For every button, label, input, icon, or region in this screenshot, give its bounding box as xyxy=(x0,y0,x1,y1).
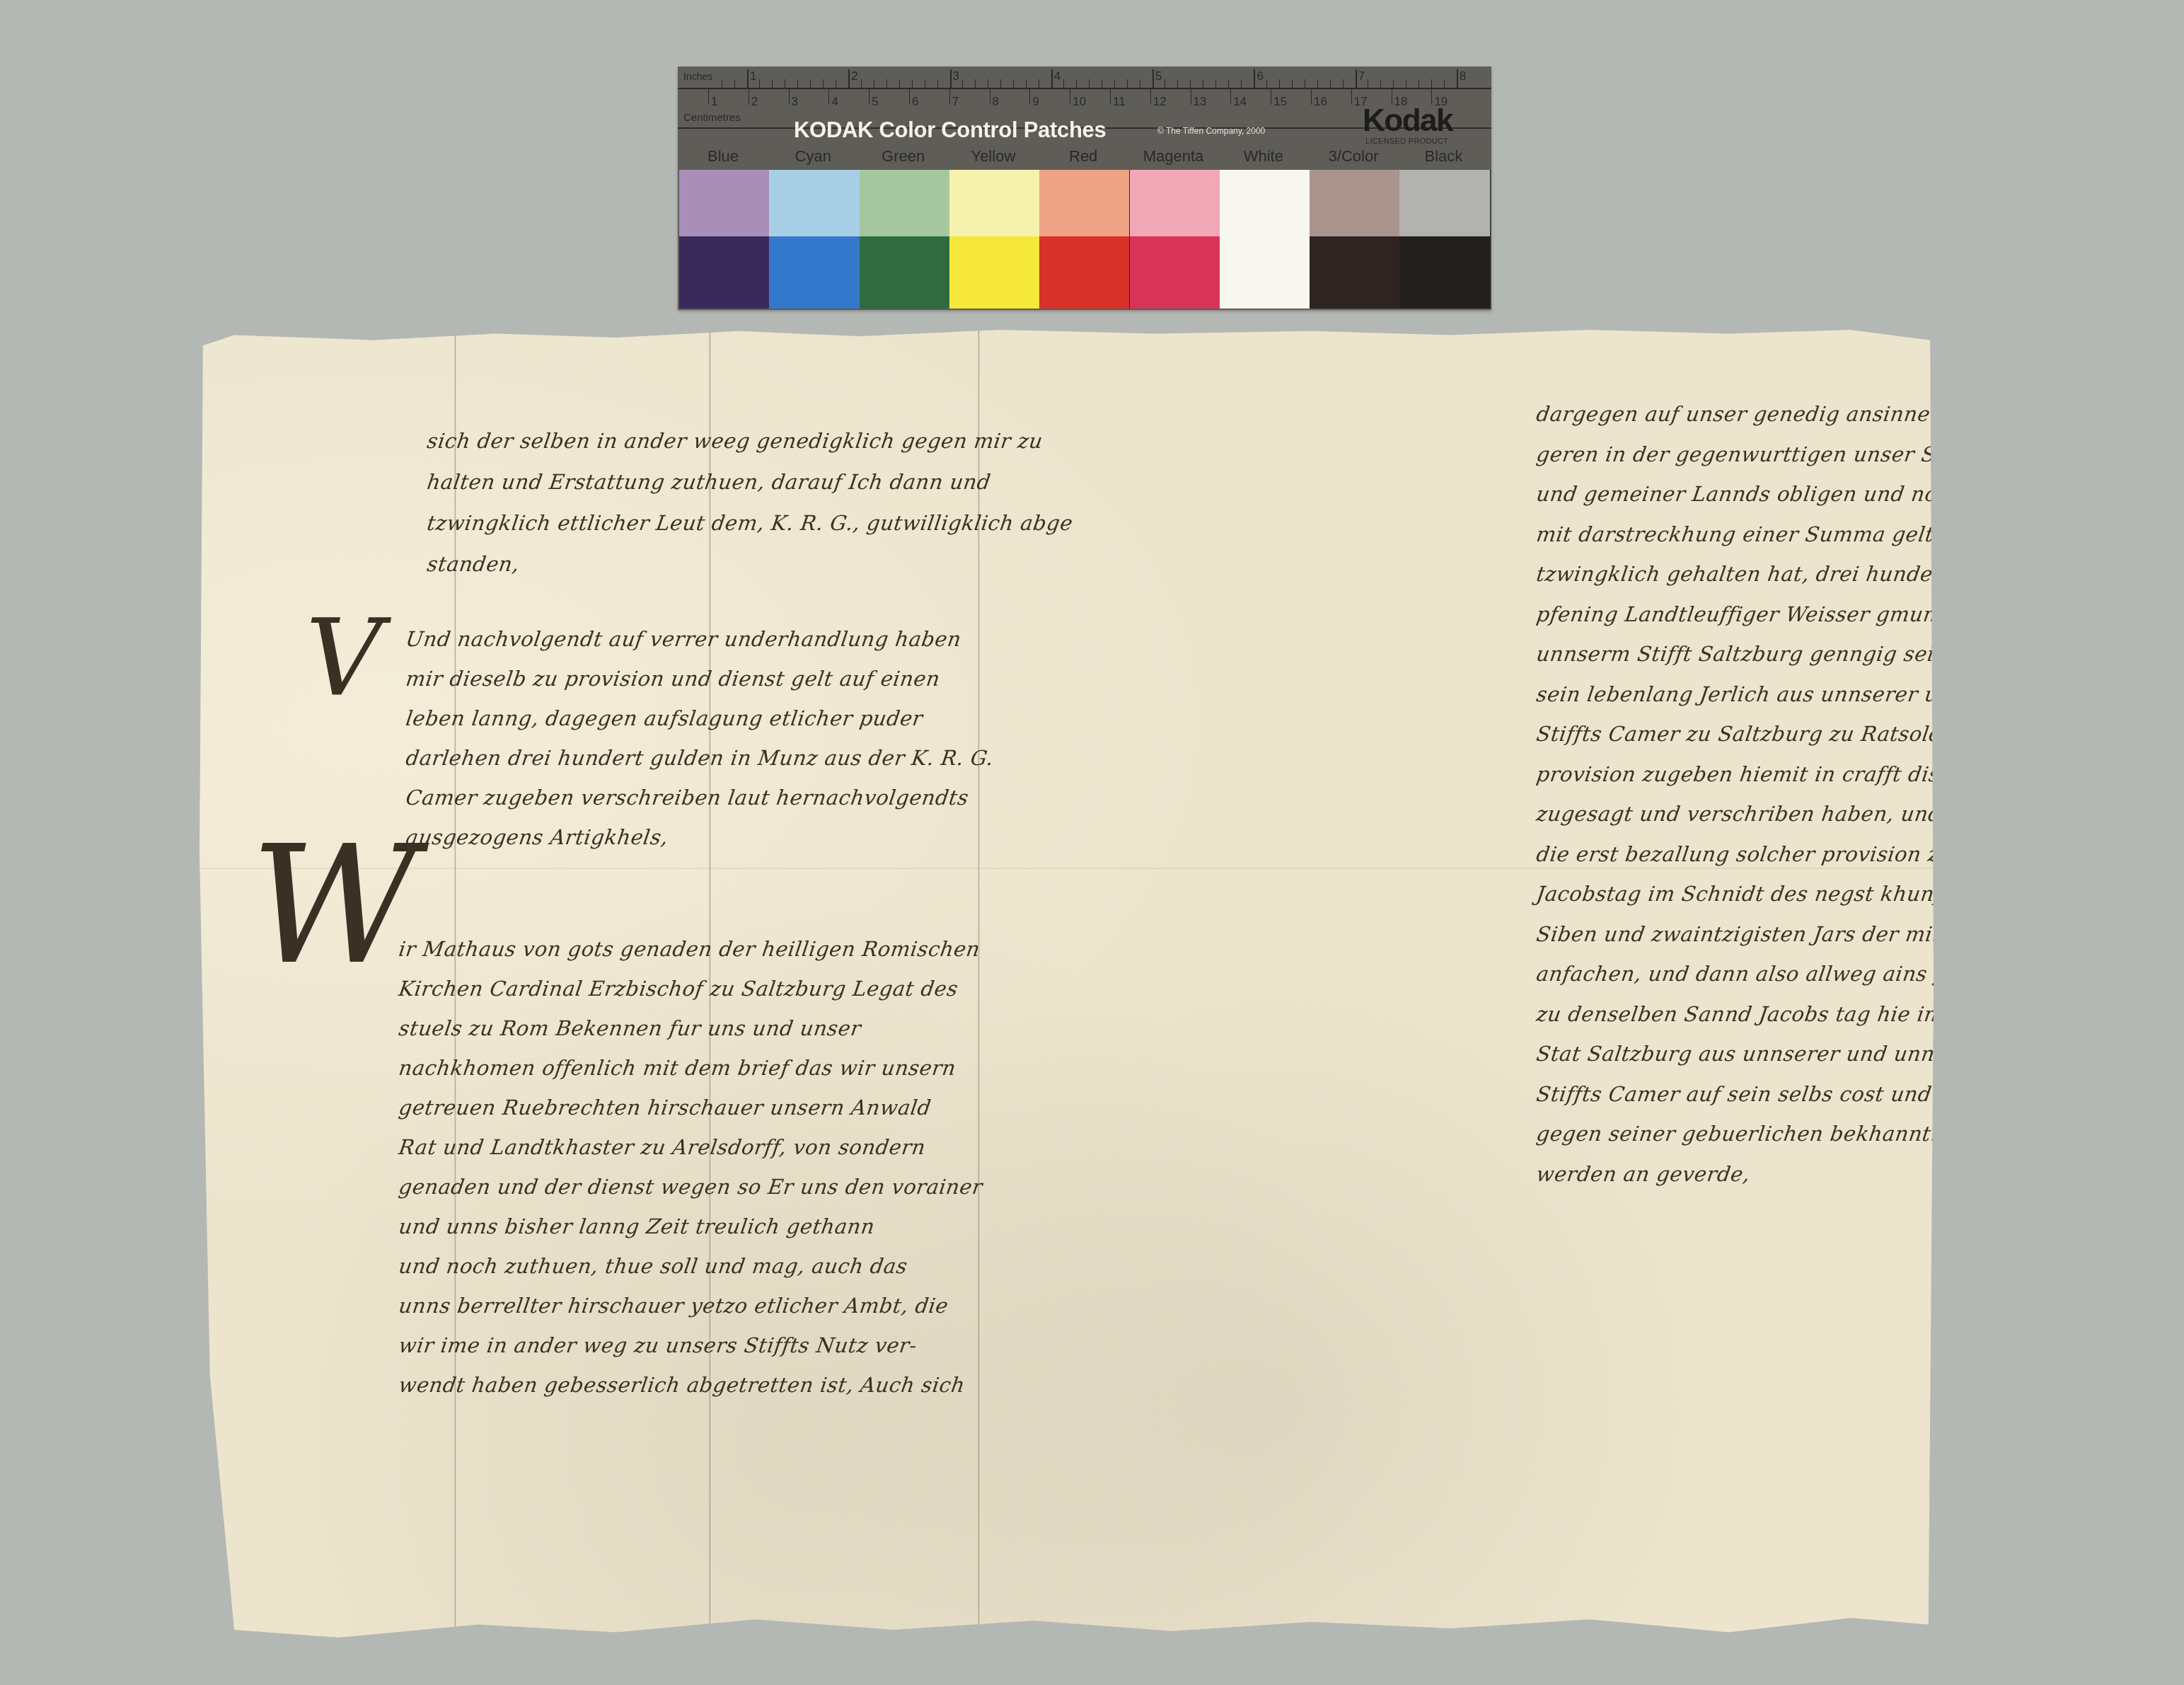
handwritten-line: und noch zuthuen, thue soll und mag, auc… xyxy=(398,1254,909,1278)
historic-document: sich der selben in ander weeg genedigkli… xyxy=(200,330,1937,1638)
inch-minor-tick xyxy=(1228,79,1229,88)
patch-swatch-dark xyxy=(679,236,770,309)
inch-tick xyxy=(1152,69,1154,88)
patch-label-green: Green xyxy=(861,147,946,166)
patch-swatch-dark xyxy=(860,236,950,309)
inch-minor-tick xyxy=(1279,79,1280,88)
cm-tick xyxy=(749,89,749,105)
patch-swatch-light xyxy=(1399,170,1490,236)
inch-minor-tick xyxy=(759,79,760,88)
cm-number: 15 xyxy=(1273,95,1287,109)
cm-tick xyxy=(1150,89,1151,105)
handwritten-line: stuels zu Rom Bekennen fur uns und unser xyxy=(398,1016,863,1040)
inch-minor-tick xyxy=(962,79,963,88)
patch-3-color xyxy=(1310,170,1399,309)
patch-swatch-dark xyxy=(1130,236,1220,309)
inch-tick xyxy=(1457,69,1458,88)
inch-minor-tick xyxy=(1406,79,1406,88)
inch-minor-tick xyxy=(722,79,722,88)
inch-minor-tick xyxy=(1330,79,1331,88)
handwritten-line: werden an geverde, xyxy=(1535,1162,1752,1186)
handwritten-line: zugesagt und verschriben haben, und soll… xyxy=(1535,802,2060,826)
handwritten-line: provision zugeben hiemit in crafft diss … xyxy=(1535,762,2021,786)
right-page: dargegen auf unser genedig ansinnen und … xyxy=(1070,330,1937,1638)
inch-minor-tick xyxy=(785,79,785,88)
inch-number: 4 xyxy=(1054,69,1061,84)
patch-label-black: Black xyxy=(1401,147,1486,166)
handwritten-line: sein lebenlang Jerlich aus unnserer und … xyxy=(1535,682,2059,706)
handwritten-line: unnserm Stifft Saltzburg genngig sein, xyxy=(1535,642,1957,666)
inch-number: 8 xyxy=(1460,69,1466,84)
inch-minor-tick xyxy=(1317,79,1318,88)
inch-minor-tick xyxy=(1039,79,1039,88)
handwritten-line: Stiffts Camer auf sein selbs cost und sc… xyxy=(1535,1082,2029,1106)
cm-tick xyxy=(1351,89,1352,105)
patch-black xyxy=(1399,170,1489,309)
cm-number: 9 xyxy=(1032,95,1039,109)
color-patches xyxy=(679,170,1490,309)
handwritten-line: tzwingklich gehalten hat, drei hundert p… xyxy=(1535,562,2028,586)
inch-minor-tick xyxy=(1063,79,1064,88)
inch-minor-tick xyxy=(1177,79,1178,88)
inch-minor-tick xyxy=(1380,79,1381,88)
inch-minor-tick xyxy=(836,79,836,88)
patch-label-magenta: Magenta xyxy=(1131,147,1216,166)
patch-swatch-light xyxy=(1310,170,1400,236)
inch-number: 3 xyxy=(953,69,959,84)
inch-minor-tick xyxy=(1127,79,1128,88)
patch-label-cyan: Cyan xyxy=(770,147,855,166)
handwritten-line: getreuen Ruebrechten hirschauer unsern A… xyxy=(398,1095,933,1120)
patch-swatch-dark xyxy=(949,236,1040,309)
patch-swatch-light xyxy=(860,170,950,236)
inch-minor-tick xyxy=(1431,79,1432,88)
kodak-color-control-strip: Inches Centimetres 12345678 123456789101… xyxy=(678,67,1491,310)
inch-minor-tick xyxy=(912,79,913,88)
inch-minor-tick xyxy=(1215,79,1216,88)
cm-tick xyxy=(869,89,869,105)
inch-minor-tick xyxy=(1026,79,1027,88)
handwritten-line: Jacobstag im Schnidt des negst khunfftig… xyxy=(1535,882,2007,906)
cm-number: 6 xyxy=(912,95,918,109)
cm-number: 5 xyxy=(872,95,878,109)
inch-tick xyxy=(950,69,952,88)
cm-tick xyxy=(1110,89,1111,105)
cm-tick xyxy=(708,89,709,105)
patch-label-blue: Blue xyxy=(681,147,765,166)
inch-minor-tick xyxy=(1368,79,1368,88)
handwritten-line: darlehen drei hundert gulden in Munz aus… xyxy=(405,746,995,770)
inch-minor-tick xyxy=(1292,79,1293,88)
cm-tick xyxy=(1070,89,1070,105)
handwritten-line: und unns bisher lanng Zeit treulich geth… xyxy=(398,1214,877,1238)
handwritten-line: Rat und Landtkhaster zu Arelsdorff, von … xyxy=(398,1135,928,1159)
inch-minor-tick xyxy=(1266,79,1267,88)
cm-number: 1 xyxy=(711,95,717,109)
cm-number: 4 xyxy=(831,95,838,109)
handwritten-line: sich der selben in ander weeg genedigkli… xyxy=(426,429,1045,453)
inch-minor-tick xyxy=(1013,79,1014,88)
cm-number: 7 xyxy=(952,95,959,109)
cm-tick xyxy=(990,89,990,105)
decorative-initial-w: W xyxy=(250,825,417,988)
patch-swatch-light xyxy=(769,170,860,236)
handwritten-line: zu denselben Sannd Jacobs tag hie in uns… xyxy=(1535,1002,2007,1026)
kodak-logo: Kodak xyxy=(1363,103,1452,139)
inch-number: 1 xyxy=(750,69,756,84)
patch-swatch-dark xyxy=(1039,236,1130,309)
inches-label: Inches xyxy=(683,71,712,82)
inch-tick xyxy=(1051,69,1053,88)
inch-minor-tick xyxy=(1305,79,1305,88)
inch-minor-tick xyxy=(1102,79,1102,88)
handwritten-line: mir dieselb zu provision und dienst gelt… xyxy=(405,667,942,691)
cm-tick xyxy=(949,89,950,105)
cm-tick xyxy=(1431,89,1432,105)
handwritten-line: unns berrellter hirschauer yetzo etliche… xyxy=(398,1294,950,1318)
cm-tick xyxy=(909,89,910,105)
patch-red xyxy=(1039,170,1129,309)
centimetres-label: Centimetres xyxy=(683,112,741,124)
cm-tick xyxy=(1392,89,1392,105)
handwritten-line: wir ime in ander weg zu unsers Stiffts N… xyxy=(398,1333,919,1357)
inch-tick xyxy=(1254,69,1255,88)
handwritten-line: anfachen, und dann also allweg ains yede… xyxy=(1535,962,2049,986)
inch-minor-tick xyxy=(925,79,925,88)
patch-swatch-light xyxy=(1039,170,1130,236)
inch-minor-tick xyxy=(1000,79,1001,88)
handwritten-line: halten und Erstattung zuthuen, darauf Ic… xyxy=(426,470,993,494)
decorative-initial-v: V xyxy=(306,606,382,712)
patch-label-white: White xyxy=(1221,147,1306,166)
cm-tick xyxy=(828,89,829,105)
strip-title: KODAK Color Control Patches xyxy=(794,117,1106,143)
inch-number: 2 xyxy=(851,69,857,84)
inch-number: 7 xyxy=(1358,69,1365,84)
inch-minor-tick xyxy=(861,79,862,88)
patch-labels: BlueCyanGreenYellowRedMagentaWhite3/Colo… xyxy=(678,147,1491,168)
patch-magenta xyxy=(1130,170,1220,309)
patch-yellow xyxy=(949,170,1039,309)
patch-swatch xyxy=(1220,170,1310,309)
patch-swatch-light xyxy=(1130,170,1220,236)
patch-swatch-light xyxy=(679,170,770,236)
patch-swatch-dark xyxy=(1310,236,1400,309)
strip-copyright: © The Tiffen Company, 2000 xyxy=(1157,126,1265,136)
inch-minor-tick xyxy=(823,79,824,88)
handwritten-line: mit darstreckhung einer Summa gelts unde… xyxy=(1535,522,2024,546)
cm-number: 13 xyxy=(1194,95,1207,109)
inch-minor-tick xyxy=(886,79,887,88)
inch-minor-tick xyxy=(988,79,988,88)
inch-minor-tick xyxy=(1444,79,1445,88)
handwritten-line: tzwingklich ettlicher Leut dem, K. R. G.… xyxy=(426,511,1075,535)
inch-number: 5 xyxy=(1155,69,1162,84)
cm-number: 3 xyxy=(792,95,798,109)
cm-tick xyxy=(1191,89,1191,105)
inch-minor-tick xyxy=(874,79,874,88)
inch-tick xyxy=(848,69,850,88)
handwritten-line: Kirchen Cardinal Erzbischof zu Saltzburg… xyxy=(398,977,960,1001)
inch-tick xyxy=(1356,69,1357,88)
patch-label-3-color: 3/Color xyxy=(1311,147,1396,166)
inch-minor-tick xyxy=(1165,79,1165,88)
inch-minor-tick xyxy=(1419,79,1419,88)
inch-number: 6 xyxy=(1256,69,1263,84)
inch-minor-tick xyxy=(772,79,773,88)
inch-minor-tick xyxy=(937,79,938,88)
inch-scale-line xyxy=(678,88,1491,89)
cm-tick xyxy=(1230,89,1231,105)
inch-minor-tick xyxy=(1241,79,1242,88)
handwritten-line: und gemeiner Lannds obligen und notten xyxy=(1535,482,1983,506)
cm-tick xyxy=(1029,89,1030,105)
handwritten-line: gegen seiner gebuerlichen bekhanntnus au… xyxy=(1535,1122,2092,1146)
handwritten-line: Und nachvolgendt auf verrer underhandlun… xyxy=(405,627,963,651)
left-page: sich der selben in ander weeg genedigkli… xyxy=(200,330,1070,1638)
handwritten-line: Camer zugeben verschreiben laut hernachv… xyxy=(405,786,971,810)
handwritten-line: leben lanng, dagegen aufslagung etlicher… xyxy=(405,706,925,730)
cm-number: 16 xyxy=(1314,95,1327,109)
handwritten-line: Siben und zwaintzigisten Jars der minder… xyxy=(1535,922,2042,946)
patch-swatch-dark xyxy=(769,236,860,309)
inch-minor-tick xyxy=(797,79,798,88)
patch-label-yellow: Yellow xyxy=(951,147,1036,166)
inch-minor-tick xyxy=(1203,79,1203,88)
handwritten-line: nachkhomen offenlich mit dem brief das w… xyxy=(398,1056,958,1080)
patch-white xyxy=(1220,170,1310,309)
inch-minor-tick xyxy=(1190,79,1191,88)
handwritten-line: dargegen auf unser genedig ansinnen und … xyxy=(1535,402,2033,426)
cm-number: 10 xyxy=(1073,95,1086,109)
cm-tick xyxy=(1311,89,1312,105)
cm-tick xyxy=(789,89,790,105)
cm-tick xyxy=(1271,89,1271,105)
handwritten-line: genaden und der dienst wegen so Er uns d… xyxy=(398,1175,984,1199)
handwritten-line: Stat Saltzburg aus unnserer und unnsers xyxy=(1535,1042,1981,1066)
patch-swatch-dark xyxy=(1399,236,1490,309)
handwritten-line: standen, xyxy=(426,552,521,576)
patch-green xyxy=(860,170,949,309)
inch-minor-tick xyxy=(1076,79,1077,88)
inch-minor-tick xyxy=(1393,79,1394,88)
handwritten-line: geren in der gegenwurttigen unser Stifft… xyxy=(1535,442,1989,466)
licensed-product-text: LICENSED PRODUCT xyxy=(1365,137,1448,146)
handwritten-line: pfening Landtleuffiger Weisser gmunz in xyxy=(1535,602,1977,626)
handwritten-line: ausgezogens Artigkhels, xyxy=(405,825,670,849)
patch-blue xyxy=(679,170,769,309)
inch-tick xyxy=(747,69,749,88)
inch-minor-tick xyxy=(734,79,735,88)
handwritten-line: wendt haben gebesserlich abgetretten ist… xyxy=(398,1373,967,1397)
handwritten-line: ir Mathaus von gots genaden der heillige… xyxy=(398,937,982,961)
inch-minor-tick xyxy=(810,79,811,88)
cm-number: 2 xyxy=(751,95,758,109)
cm-number: 12 xyxy=(1153,95,1167,109)
inch-minor-tick xyxy=(1343,79,1344,88)
cm-number: 11 xyxy=(1113,95,1126,109)
patch-cyan xyxy=(769,170,859,309)
cm-number: 8 xyxy=(993,95,999,109)
inch-minor-tick xyxy=(1114,79,1115,88)
inch-minor-tick xyxy=(1140,79,1140,88)
inch-minor-tick xyxy=(1089,79,1090,88)
cm-number: 14 xyxy=(1233,95,1247,109)
patch-label-red: Red xyxy=(1041,147,1126,166)
inch-minor-tick xyxy=(899,79,900,88)
handwritten-line: Stiffts Camer zu Saltzburg zu Ratsoldt u… xyxy=(1535,722,2001,746)
handwritten-line: die erst bezallung solcher provision zu … xyxy=(1535,842,2029,866)
inch-minor-tick xyxy=(975,79,976,88)
patch-swatch-light xyxy=(949,170,1040,236)
